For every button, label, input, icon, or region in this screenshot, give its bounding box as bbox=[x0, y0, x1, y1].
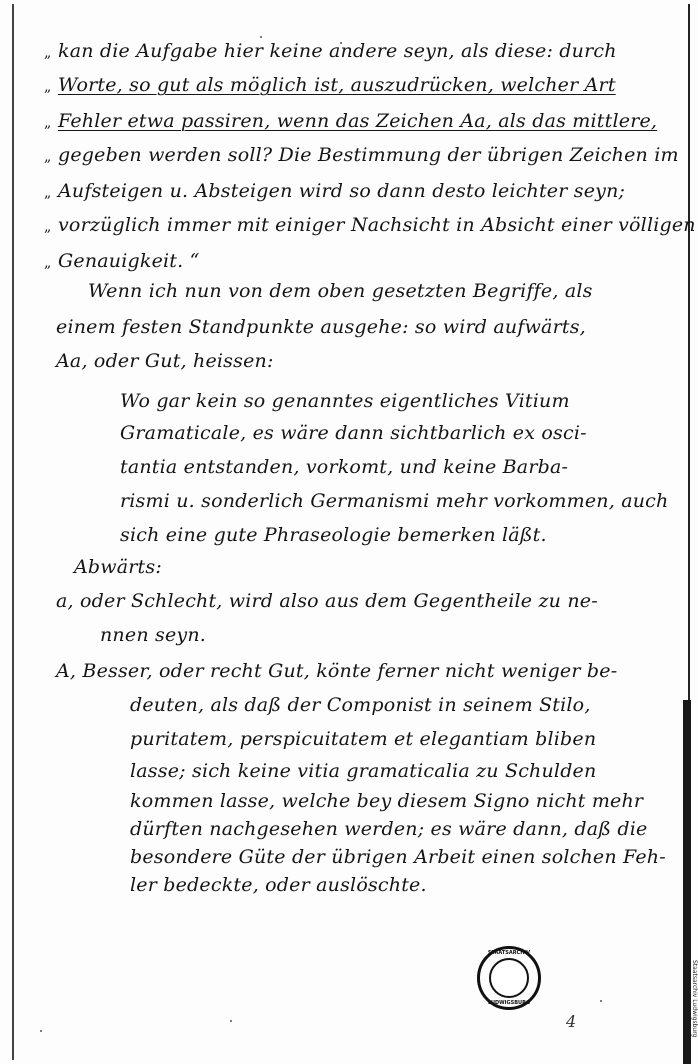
manuscript-line: „Genauigkeit. “ bbox=[44, 250, 200, 272]
archive-edge-label: Staatsarchiv Ludwigsburg bbox=[691, 960, 698, 1060]
left-margin-rule bbox=[12, 4, 14, 1060]
manuscript-line: tantia entstanden, vorkomt, und keine Ba… bbox=[120, 456, 568, 478]
manuscript-line: Wo gar kein so genanntes eigentliches Vi… bbox=[120, 390, 570, 412]
scan-speck bbox=[40, 1030, 42, 1032]
manuscript-line: dürften nachgesehen werden; es wäre dann… bbox=[130, 818, 647, 840]
scan-speck bbox=[230, 1020, 232, 1022]
manuscript-line: sich eine gute Phraseologie bemerken läß… bbox=[120, 524, 547, 546]
manuscript-line: Aa, oder Gut, heissen: bbox=[56, 350, 274, 372]
manuscript-line: A, Besser, oder recht Gut, könte ferner … bbox=[56, 660, 617, 682]
manuscript-line: „vorzüglich immer mit einiger Nachsicht … bbox=[44, 214, 696, 236]
stamp-inner-ring bbox=[489, 958, 529, 998]
manuscript-line: nnen seyn. bbox=[100, 624, 206, 646]
scan-edge-bar bbox=[683, 700, 691, 1064]
right-margin-rule bbox=[688, 4, 690, 724]
section-heading-abwaerts: Abwärts: bbox=[74, 556, 162, 578]
manuscript-line: puritatem, perspicuitatem et elegantiam … bbox=[130, 728, 596, 750]
manuscript-line: Wenn ich nun von dem oben gesetzten Begr… bbox=[88, 280, 593, 302]
folio-number: 4 bbox=[566, 1012, 576, 1031]
manuscript-line: Gramaticale, es wäre dann sichtbarlich e… bbox=[120, 422, 587, 444]
manuscript-line: „Aufsteigen u. Absteigen wird so dann de… bbox=[44, 180, 625, 202]
manuscript-line: lasse; sich keine vitia gramaticalia zu … bbox=[130, 760, 596, 782]
manuscript-page: Staatsarchiv Ludwigsburg „kan die Aufgab… bbox=[0, 0, 698, 1064]
manuscript-line: „Fehler etwa passiren, wenn das Zeichen … bbox=[44, 110, 657, 132]
scan-speck bbox=[260, 36, 262, 38]
manuscript-line: „kan die Aufgabe hier keine andere seyn,… bbox=[44, 40, 617, 62]
manuscript-line: ler bedeckte, oder auslöschte. bbox=[130, 874, 427, 896]
scan-speck bbox=[340, 42, 342, 44]
manuscript-line: „gegeben werden soll? Die Bestimmung der… bbox=[44, 144, 679, 166]
manuscript-line: kommen lasse, welche bey diesem Signo ni… bbox=[130, 790, 643, 812]
archive-stamp: STAATSARCHIV LUDWIGSBURG bbox=[477, 946, 541, 1010]
manuscript-line: deuten, als daß der Componist in seinem … bbox=[130, 694, 591, 716]
manuscript-line: „Worte, so gut als möglich ist, auszudrü… bbox=[44, 74, 616, 96]
manuscript-line: rismi u. sonderlich Germanismi mehr vork… bbox=[120, 490, 668, 512]
manuscript-line: a, oder Schlecht, wird also aus dem Gege… bbox=[56, 590, 598, 612]
manuscript-line: einem festen Standpunkte ausgehe: so wir… bbox=[56, 316, 586, 338]
manuscript-line: besondere Güte der übrigen Arbeit einen … bbox=[130, 846, 666, 868]
scan-speck bbox=[600, 1000, 602, 1002]
